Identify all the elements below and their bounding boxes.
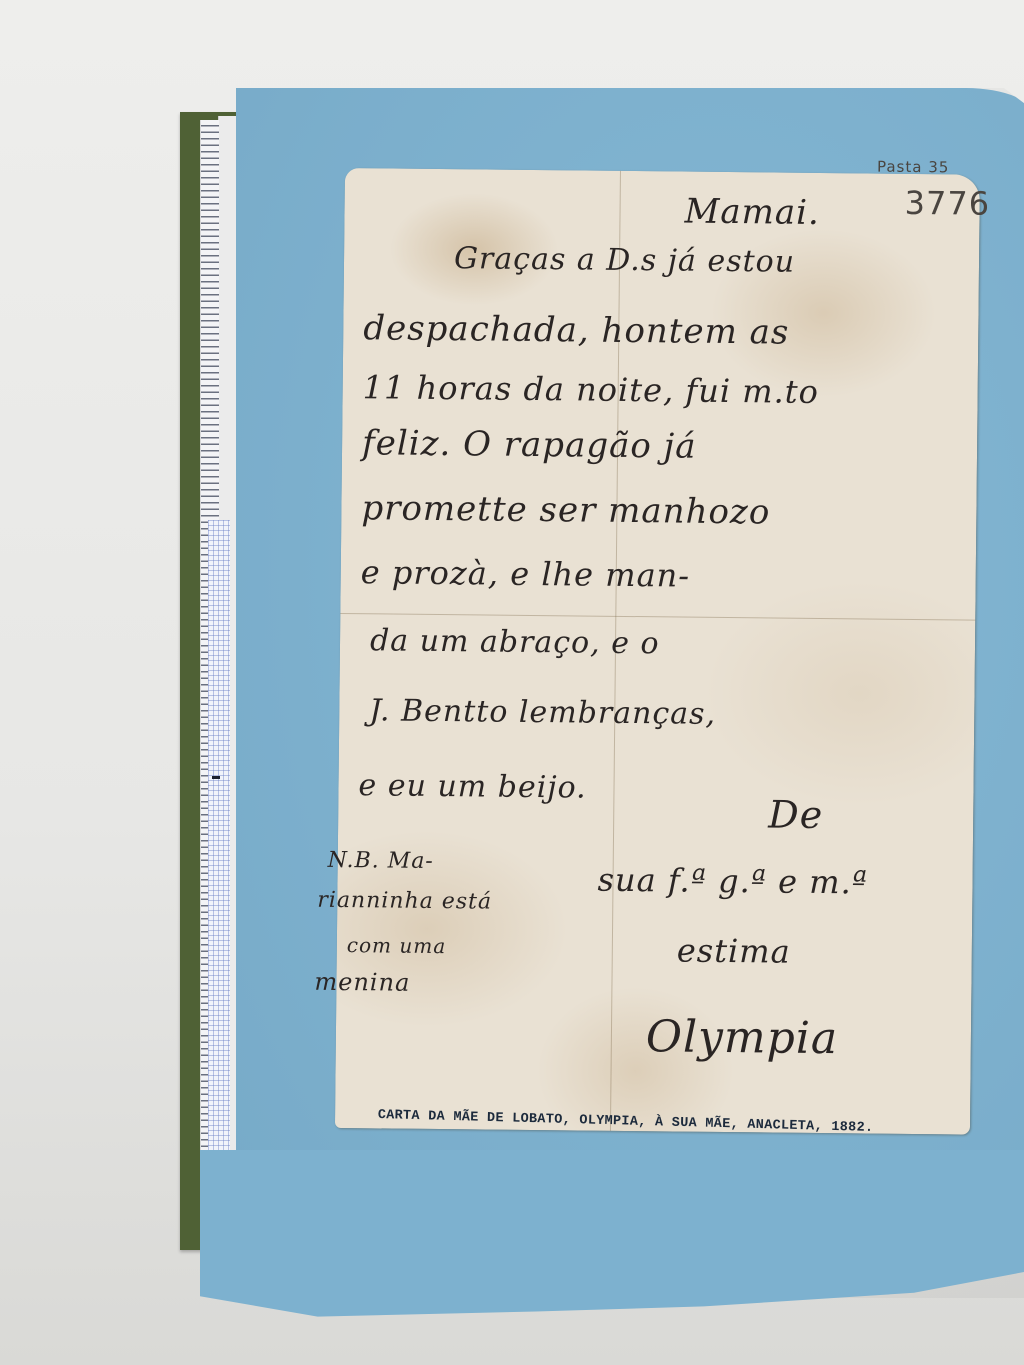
archive-folder-label: Pasta 35 <box>877 158 949 177</box>
letter-line: promette ser manhozo <box>361 488 770 532</box>
archive-number: 3776 <box>904 184 990 223</box>
letter-line: 11 horas da noite, fui m.to <box>363 368 820 411</box>
letter-line: despachada, hontem as <box>363 308 789 352</box>
letter-line: feliz. O rapagão já <box>362 423 697 466</box>
letter-line: Graças a D.s já estou <box>454 241 795 280</box>
letter-line: da um abraço, e o <box>370 623 660 661</box>
letter-horizontal-fold <box>340 613 975 621</box>
letter-line: estima <box>677 932 791 971</box>
page-marker <box>212 776 220 779</box>
letter-line: sua f.ª g.ª e m.ª <box>597 861 868 902</box>
grid-paper-edge <box>208 520 230 1220</box>
letter-line: J. Bentto lembranças, <box>369 693 716 732</box>
postscript-line: rianninha está <box>317 888 492 915</box>
letter-line: De <box>768 792 823 837</box>
letter-line: e eu um beijo. <box>358 768 586 805</box>
letter-signature: Olympia <box>646 1011 839 1064</box>
letter-line: e prozà, e lhe man- <box>361 553 691 594</box>
postscript-line: com uma <box>347 933 447 958</box>
handwritten-letter: Pasta 35 3776 Mamai. Graças a D.s já est… <box>335 168 980 1135</box>
letter-salutation: Mamai. <box>684 192 820 233</box>
postscript-line: N.B. Ma- <box>328 848 434 874</box>
postscript-line: menina <box>314 968 410 997</box>
